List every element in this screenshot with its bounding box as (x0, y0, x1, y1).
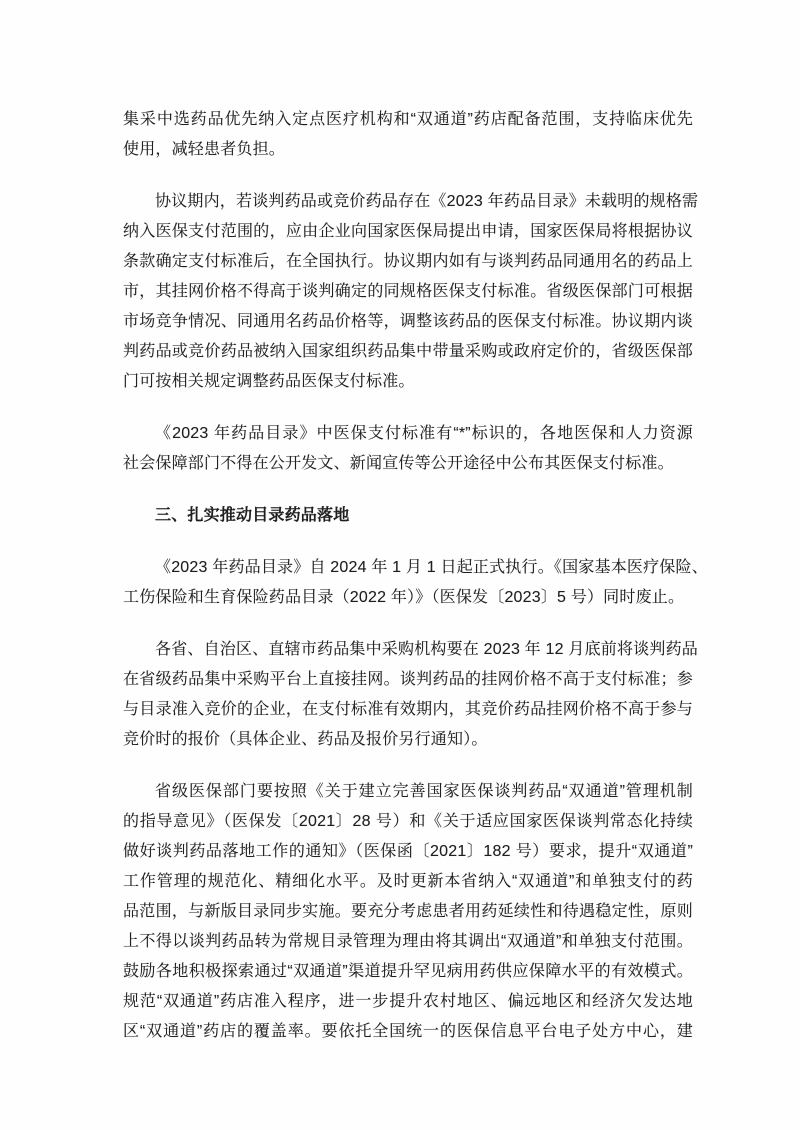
text-line: 协议期内，若谈判药品或竞价药品存在《2023 年药品目录》未载明的规格需 (123, 187, 693, 217)
text-line: 三、扎实推动目录药品落地 (123, 501, 693, 531)
paragraph: 集采中选药品优先纳入定点医疗机构和“双通道”药店配备范围，支持临床优先使用，减轻… (123, 105, 693, 165)
text-line: 判药品或竞价药品被纳入国家组织药品集中带量采购或政府定价的，省级医保部 (123, 337, 693, 367)
paragraph: 《2023 年药品目录》中医保支付标准有“*”标识的，各地医保和人力资源社会保障… (123, 419, 693, 479)
text-line: 区“双通道”药店的覆盖率。要依托全国统一的医保信息平台电子处方中心，建 (123, 1017, 693, 1047)
text-content: 集采中选药品优先纳入定点医疗机构和“双通道”药店配备范围，支持临床优先使用，减轻… (123, 105, 693, 1047)
text-line: 市，其挂网价格不得高于谈判确定的同规格医保支付标准。省级医保部门可根据 (123, 277, 693, 307)
text-line: 市场竞争情况、同通用名药品价格等，调整该药品的医保支付标准。协议期内谈 (123, 307, 693, 337)
text-line: 《2023 年药品目录》中医保支付标准有“*”标识的，各地医保和人力资源 (123, 419, 693, 449)
text-line: 纳入医保支付范围的，应由企业向国家医保局提出申请，国家医保局将根据协议 (123, 217, 693, 247)
text-line: 工作管理的规范化、精细化水平。及时更新本省纳入“双通道”和单独支付的药 (123, 867, 693, 897)
text-line: 工伤保险和生育保险药品目录（2022 年）》（医保发〔2023〕5 号）同时废止… (123, 583, 693, 613)
text-line: 品范围，与新版目录同步实施。要充分考虑患者用药延续性和待遇稳定性，原则 (123, 897, 693, 927)
text-line: 集采中选药品优先纳入定点医疗机构和“双通道”药店配备范围，支持临床优先 (123, 105, 693, 135)
text-line: 与目录准入竞价的企业，在支付标准有效期内，其竞价药品挂网价格不高于参与 (123, 695, 693, 725)
text-line: 上不得以谈判药品转为常规目录管理为理由将其调出“双通道”和单独支付范围。 (123, 927, 693, 957)
text-line: 鼓励各地积极探索通过“双通道”渠道提升罕见病用药供应保障水平的有效模式。 (123, 957, 693, 987)
text-line: 门可按相关规定调整药品医保支付标准。 (123, 367, 693, 397)
paragraph: 省级医保部门要按照《关于建立完善国家医保谈判药品“双通道”管理机制的指导意见》（… (123, 777, 693, 1047)
paragraph: 协议期内，若谈判药品或竞价药品存在《2023 年药品目录》未载明的规格需纳入医保… (123, 187, 693, 397)
text-line: 规范“双通道”药店准入程序，进一步提升农村地区、偏远地区和经济欠发达地 (123, 987, 693, 1017)
text-line: 的指导意见》（医保发〔2021〕28 号）和《关于适应国家医保谈判常态化持续 (123, 807, 693, 837)
paragraph: 《2023 年药品目录》自 2024 年 1 月 1 日起正式执行。《国家基本医… (123, 553, 693, 613)
text-line: 做好谈判药品落地工作的通知》（医保函〔2021〕182 号）要求，提升“双通道” (123, 837, 693, 867)
section-heading: 三、扎实推动目录药品落地 (123, 501, 693, 531)
document-page: 集采中选药品优先纳入定点医疗机构和“双通道”药店配备范围，支持临床优先使用，减轻… (0, 0, 800, 1130)
text-line: 在省级药品集中采购平台上直接挂网。谈判药品的挂网价格不高于支付标准；参 (123, 665, 693, 695)
text-line: 使用，减轻患者负担。 (123, 135, 693, 165)
paragraph: 各省、自治区、直辖市药品集中采购机构要在 2023 年 12 月底前将谈判药品在… (123, 635, 693, 755)
text-line: 《2023 年药品目录》自 2024 年 1 月 1 日起正式执行。《国家基本医… (123, 553, 693, 583)
text-line: 省级医保部门要按照《关于建立完善国家医保谈判药品“双通道”管理机制 (123, 777, 693, 807)
text-line: 各省、自治区、直辖市药品集中采购机构要在 2023 年 12 月底前将谈判药品 (123, 635, 693, 665)
text-line: 竞价时的报价（具体企业、药品及报价另行通知）。 (123, 725, 693, 755)
text-line: 条款确定支付标准后，在全国执行。协议期内如有与谈判药品同通用名的药品上 (123, 247, 693, 277)
text-line: 社会保障部门不得在公开发文、新闻宣传等公开途径中公布其医保支付标准。 (123, 449, 693, 479)
